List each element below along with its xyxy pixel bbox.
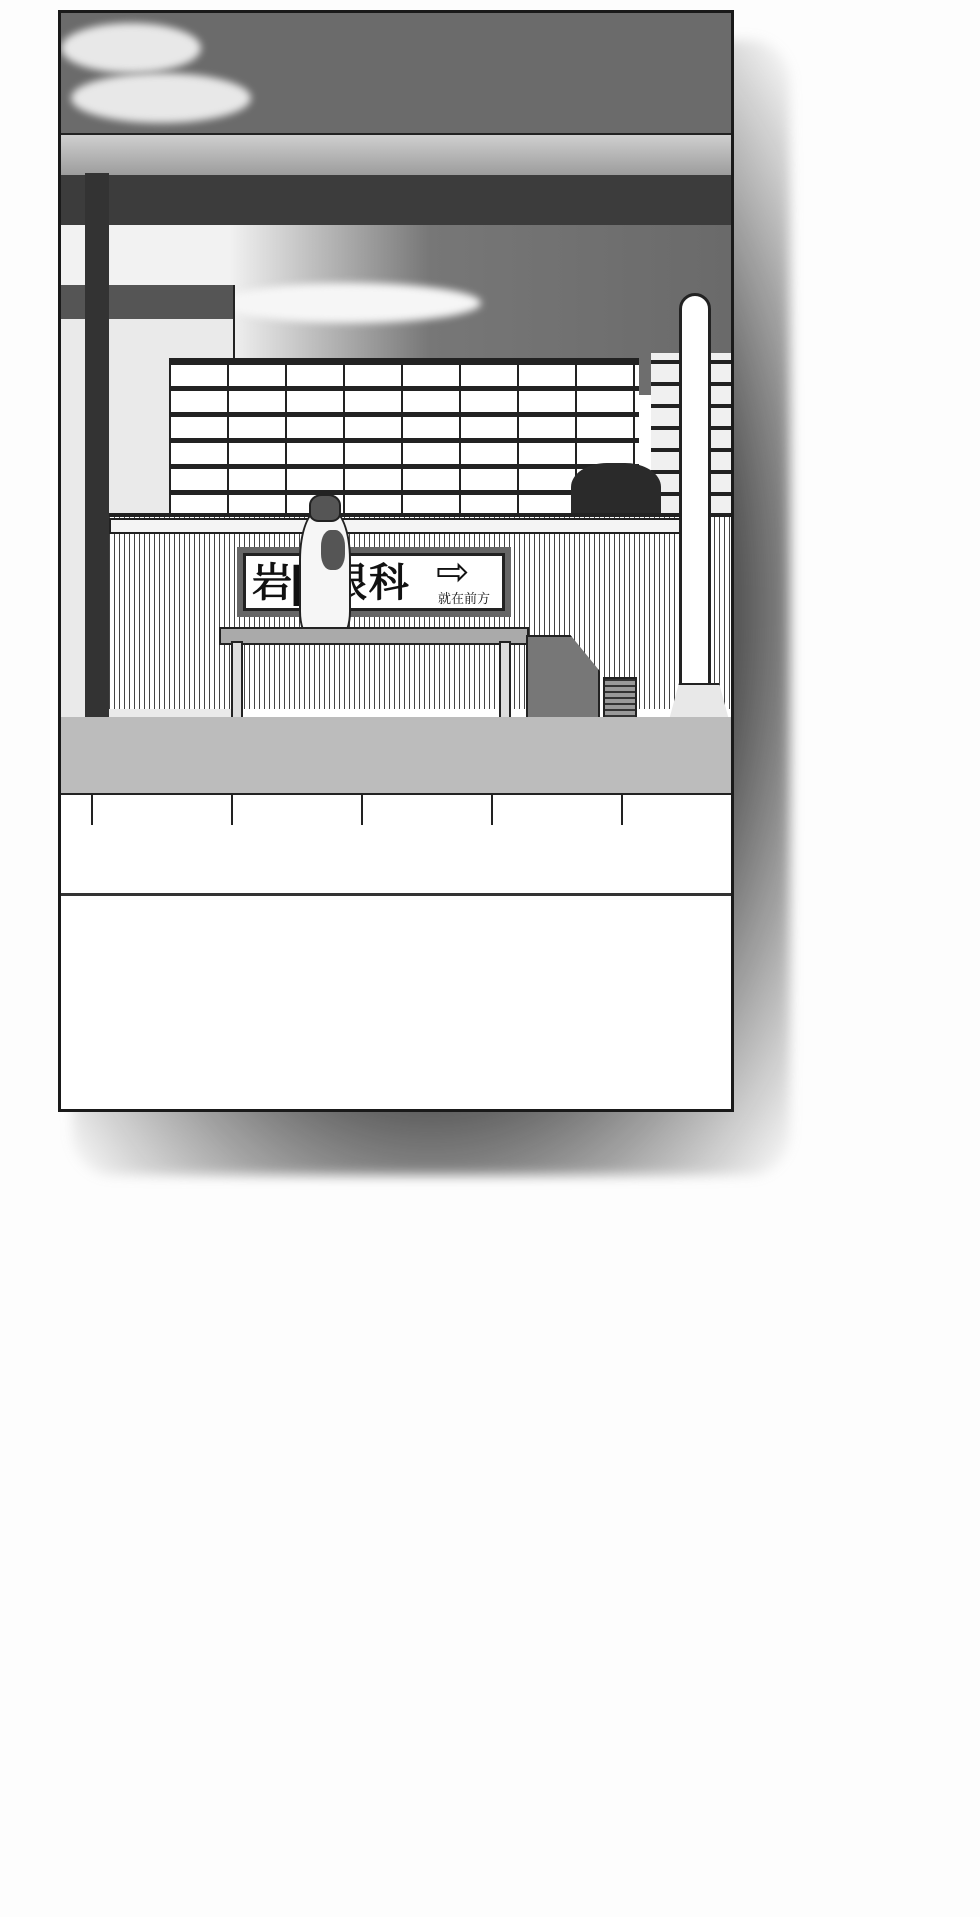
curb-joint [621,793,623,825]
sign-subtext: 就在前方 [438,588,490,607]
cat [299,508,351,637]
curb [61,793,731,829]
clinic-sign: 岩▇眼科 ⇨ 就在前方 [243,553,505,611]
shelter-roof-underside [61,175,731,225]
shelter-post [85,173,109,733]
sidewalk [61,717,731,795]
bench-seat [219,627,529,645]
manga-panel: 岩▇眼科 ⇨ 就在前方 [58,10,734,1112]
cloud [221,283,481,323]
cloud [71,73,251,123]
curb-joint [91,793,93,825]
curb-joint [491,793,493,825]
curb-joint [361,793,363,825]
curb-joint [231,793,233,825]
cloud [61,23,201,73]
corrugated-fence [109,513,734,709]
road [61,827,731,1112]
bus-stop-pole [679,293,711,723]
arrow-right-icon: ⇨ [436,552,470,592]
shelter-roof-edge [61,133,731,179]
road-line [61,893,731,896]
fence-rail [109,518,693,534]
cat-head [309,494,341,522]
cat-spot [321,530,345,570]
apartment-building [169,358,639,521]
